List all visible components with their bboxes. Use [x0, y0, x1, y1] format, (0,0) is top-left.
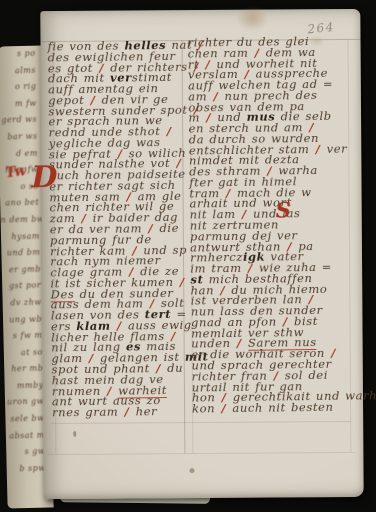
- stain: [189, 468, 194, 473]
- text-line: kon / auch nit besten: [192, 402, 354, 415]
- folio-number: 264: [306, 20, 335, 37]
- initial-letter-d-icon: D: [31, 163, 57, 193]
- stain: [236, 6, 268, 32]
- margin-fragment: ano bet: [0, 195, 46, 213]
- margin-fragment: bar ws: [0, 128, 45, 146]
- margin-fragment: s po: [0, 46, 43, 64]
- manuscript-photo: s poalmso rigm fwgerd wsbar wsd emhom fw…: [0, 0, 376, 512]
- ruling-line-bottom: [47, 452, 355, 455]
- margin-fragment: gerd ws: [0, 112, 44, 130]
- margin-fragment: alms: [0, 62, 43, 80]
- text-column-left: fie von des helles nat /des ewiglichen f…: [48, 40, 189, 418]
- margin-fragment: er gmb: [2, 261, 48, 279]
- ruling-line-text-bottom: [51, 421, 351, 424]
- initial-letter-s-icon: S: [276, 199, 291, 220]
- margin-fragment: n dem bw: [0, 211, 46, 229]
- text-column-right: richter du des gleichen ram / dem wart /…: [188, 36, 355, 415]
- red-margin-mark: Tw: [4, 163, 27, 182]
- margin-fragment: o rig: [0, 79, 44, 97]
- margin-fragment: hysam: [1, 228, 47, 246]
- manuscript-page: 264 fie von des helles nat /des ewiglich…: [40, 9, 363, 499]
- stain: [73, 431, 76, 437]
- margin-fragment: m fw: [0, 95, 44, 113]
- text-line: rnes gram / her: [52, 406, 188, 418]
- margin-fragment: und bm: [1, 245, 47, 263]
